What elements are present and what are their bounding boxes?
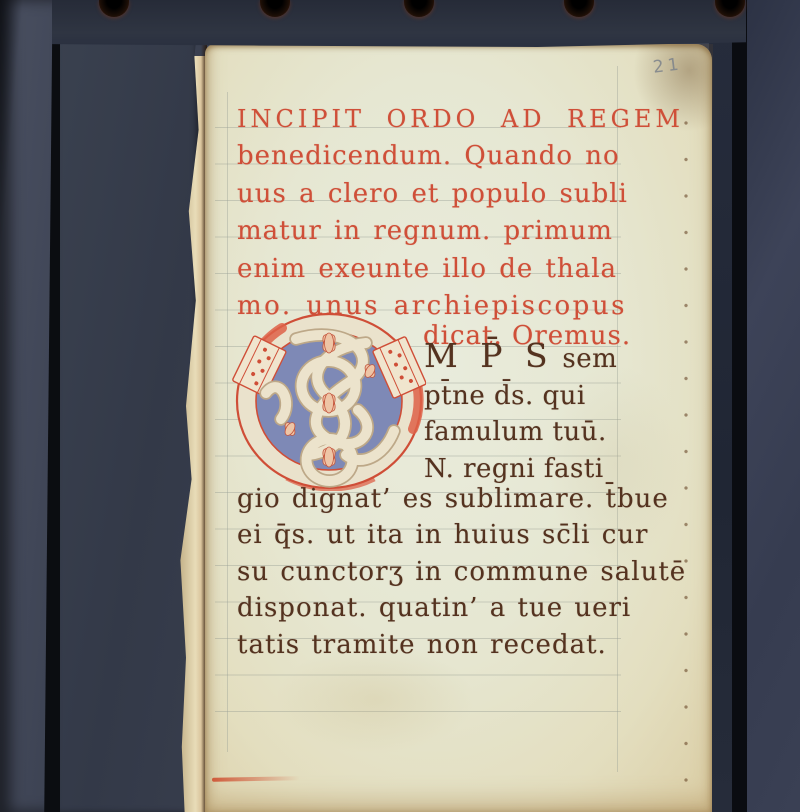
right-mat-panel [745, 0, 800, 812]
text-line: disponat. quatin’ a tue ueri [237, 590, 686, 626]
prayer-opening-rest: sem [562, 344, 617, 374]
rubric-line: matur in regnum. primum [237, 213, 684, 250]
red-pigment-streak [212, 776, 300, 782]
text-line: ei q̄s. ut ita in huius sc̄li cur [237, 517, 686, 553]
text-line: M P̄ S sem [424, 338, 617, 378]
top-mat-band [52, 0, 746, 47]
prayer-lower-block: gio dignat’ es sublimare. t̄bue ei q̄s. … [237, 481, 686, 663]
rubric-line: enim exeunte illo de thala [237, 251, 684, 288]
left-margin-rule [227, 92, 228, 752]
initial-O-artwork [232, 311, 426, 491]
rubric-line: uus a clero et populo subli [237, 176, 684, 213]
text-line: famulum tuū. [424, 414, 617, 451]
folio-number: 21 [652, 54, 684, 77]
rubric-block: INCIPIT ORDO AD REGEM benedicendum. Quan… [237, 101, 684, 325]
text-line: tatis tramite non recedat. [237, 627, 686, 663]
text-line: su cunctorʒ in commune salutē [237, 554, 686, 590]
left-mat-panel [60, 0, 200, 812]
decorated-initial-O [232, 311, 426, 491]
manuscript-page: 21 INCIPIT ORDO AD REGEM benedicendum. Q… [205, 44, 712, 812]
text-line: gio dignat’ es sublimare. t̄bue [237, 481, 686, 517]
right-black-strip [730, 0, 747, 812]
manuscript-photograph: 21 INCIPIT ORDO AD REGEM benedicendum. Q… [0, 0, 800, 812]
rubric-line: benedicendum. Quando no [237, 138, 684, 175]
prayer-opening-caps: M P̄ S [424, 336, 554, 375]
rubric-line: INCIPIT ORDO AD REGEM [237, 101, 684, 138]
text-line: pt̄ne d̄s. qui [424, 378, 617, 415]
prayer-side-block: M P̄ S sem pt̄ne d̄s. qui famulum tuū. N… [424, 338, 617, 487]
